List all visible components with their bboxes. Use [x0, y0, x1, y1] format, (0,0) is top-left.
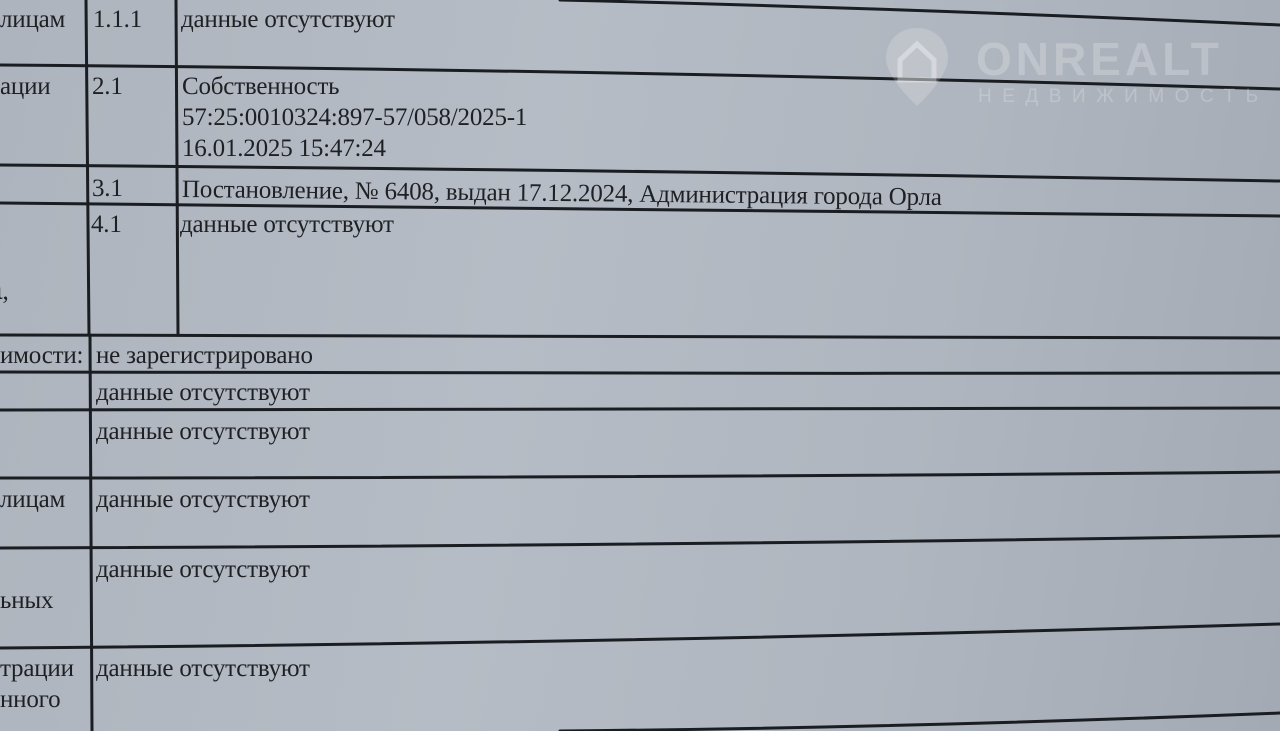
row-4-label: ι, — [0, 276, 9, 307]
watermark-tagline: НЕДВИЖИМОСТЬ — [978, 86, 1269, 108]
lower-row-5-label: ьных — [0, 585, 53, 616]
lower-row-6-value: данные отсутствуют — [96, 653, 310, 684]
row-2-label: ации — [0, 71, 50, 102]
lower-row-3-value: данные отсутствуют — [96, 416, 310, 447]
row-2-registration-number: 57:25:0010324:897-57/058/2025-1 — [182, 102, 527, 133]
lower-row-1-value: не зарегистрировано — [96, 340, 313, 371]
row-2-number: 2.1 — [92, 71, 123, 102]
lower-row-6-label-line-1: трации — [0, 653, 74, 684]
house-pin-icon — [884, 26, 950, 108]
row-3-number: 3.1 — [92, 173, 123, 204]
lower-row-4-label: лицам — [0, 484, 65, 515]
lower-row-5-value: данные отсутствуют — [96, 554, 310, 585]
lower-row-4-value: данные отсутствуют — [96, 484, 310, 515]
watermark-brand: ONREALT — [976, 32, 1223, 86]
row-2-right-type: Собственность — [182, 71, 339, 102]
row-2-registration-date: 16.01.2025 15:47:24 — [182, 133, 386, 164]
row-1-value: данные отсутствуют — [181, 4, 395, 35]
row-4-number: 4.1 — [91, 209, 122, 240]
row-4-value: данные отсутствуют — [180, 209, 394, 240]
lower-row-2-value: данные отсутствуют — [96, 377, 310, 408]
lower-row-6-label-line-2: нного — [0, 684, 60, 715]
lower-row-1-label: имости: — [0, 340, 83, 371]
row-1-number: 1.1.1 — [93, 4, 142, 35]
row-1-label: лицам — [0, 4, 65, 35]
